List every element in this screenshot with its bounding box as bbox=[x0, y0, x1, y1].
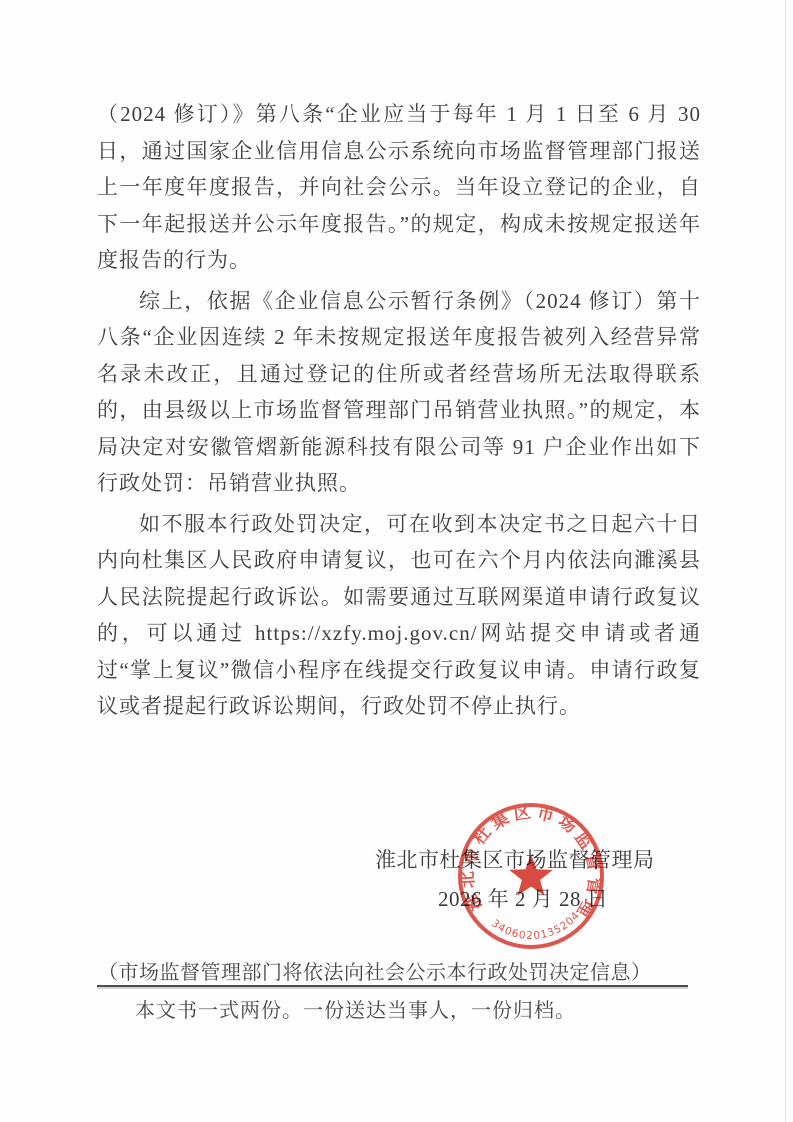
document-body: （2024 修订）》第八条“企业应当于每年 1 月 1 日至 6 月 30 日，… bbox=[97, 96, 701, 725]
seal-star-icon bbox=[509, 854, 553, 896]
footer-publicity-note: （市场监督管理部门将依法向社会公示本行政处罚决定信息） bbox=[98, 956, 652, 985]
paragraph-decision: 综上，依据《企业信息公示暂行条例》（2024 修订）第十八条“企业因连续 2 年… bbox=[97, 283, 701, 502]
paragraph-appeal-rights: 如不服本行政处罚决定，可在收到本决定书之日起六十日内向杜集区人民政府申请复议，也… bbox=[97, 506, 701, 725]
scan-artifact-line bbox=[785, 0, 786, 1122]
footer-divider-line bbox=[97, 985, 688, 987]
paragraph-regulation-quote: （2024 修订）》第八条“企业应当于每年 1 月 1 日至 6 月 30 日，… bbox=[97, 96, 701, 279]
scanned-document-page: （2024 修订）》第八条“企业应当于每年 1 月 1 日至 6 月 30 日，… bbox=[0, 0, 793, 1122]
footer-copies-note: 本文书一式两份。一份送达当事人，一份归档。 bbox=[135, 994, 576, 1023]
official-seal-stamp: 淮北市杜集区市场监督管理局 3406020135204 bbox=[455, 800, 607, 952]
